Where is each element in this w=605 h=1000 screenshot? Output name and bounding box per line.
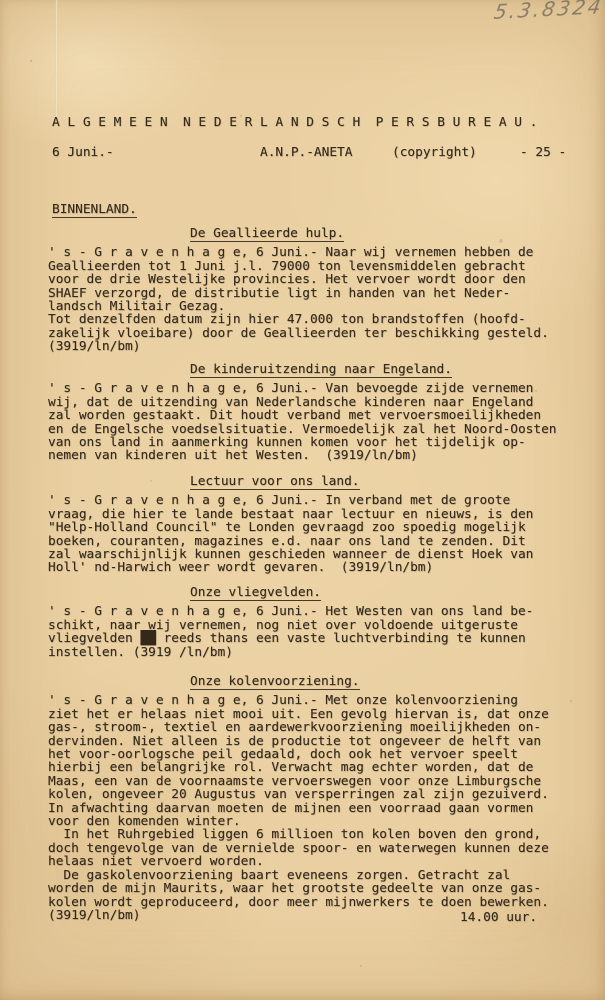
header-row: 6 Juni.- A.N.P.-ANETA (copyright) - 25 - [52, 146, 557, 160]
article: De Geallieerde hulp.' s - G r a v e n h … [48, 227, 578, 354]
article-body: ' s - G r a v e n h a g e, 6 Juni.- Naar… [48, 246, 578, 353]
article: Onze kolenvoorziening.' s - G r a v e n … [48, 675, 578, 922]
article-body: ' s - G r a v e n h a g e, 6 Juni.- Het … [48, 605, 578, 659]
article-body: ' s - G r a v e n h a g e, 6 Juni.- Van … [48, 382, 578, 462]
archive-number-annotation: 5.3.8324 [493, 0, 604, 19]
paper-specks [30, 60, 32, 62]
scanned-press-bulletin: { "annotation": { "number": "5.3.8324" }… [0, 0, 605, 1000]
copyright-note: (copyright) [392, 146, 477, 159]
article-heading: Lectuur voor ons land. [190, 475, 360, 490]
article-body: ' s - G r a v e n h a g e, 6 Juni.- In v… [48, 494, 578, 574]
article: Lectuur voor ons land.' s - G r a v e n … [48, 475, 578, 575]
agency-name: A.N.P.-ANETA [260, 146, 352, 159]
article-body: ' s - G r a v e n h a g e, 6 Juni.- Met … [48, 694, 578, 922]
article: De kinderuitzending naar Engeland.' s - … [48, 363, 578, 463]
article-heading: Onze kolenvoorziening. [190, 675, 360, 690]
article: Onze vliegvelden.' s - G r a v e n h a g… [48, 586, 578, 659]
section-label: BINNENLAND. [52, 203, 137, 218]
article-heading: Onze vliegvelden. [190, 586, 321, 601]
page-number: - 25 - [520, 146, 566, 159]
article-heading: De Geallieerde hulp. [190, 227, 344, 242]
closing-time: 14.00 uur. [460, 911, 537, 924]
agency-masthead: A L G E M E E N N E D E R L A N D S C H … [52, 116, 537, 129]
article-heading: De kinderuitzending naar Engeland. [190, 363, 452, 378]
issue-date: 6 Juni.- [52, 146, 114, 159]
paper-fold-crease [55, 0, 58, 118]
